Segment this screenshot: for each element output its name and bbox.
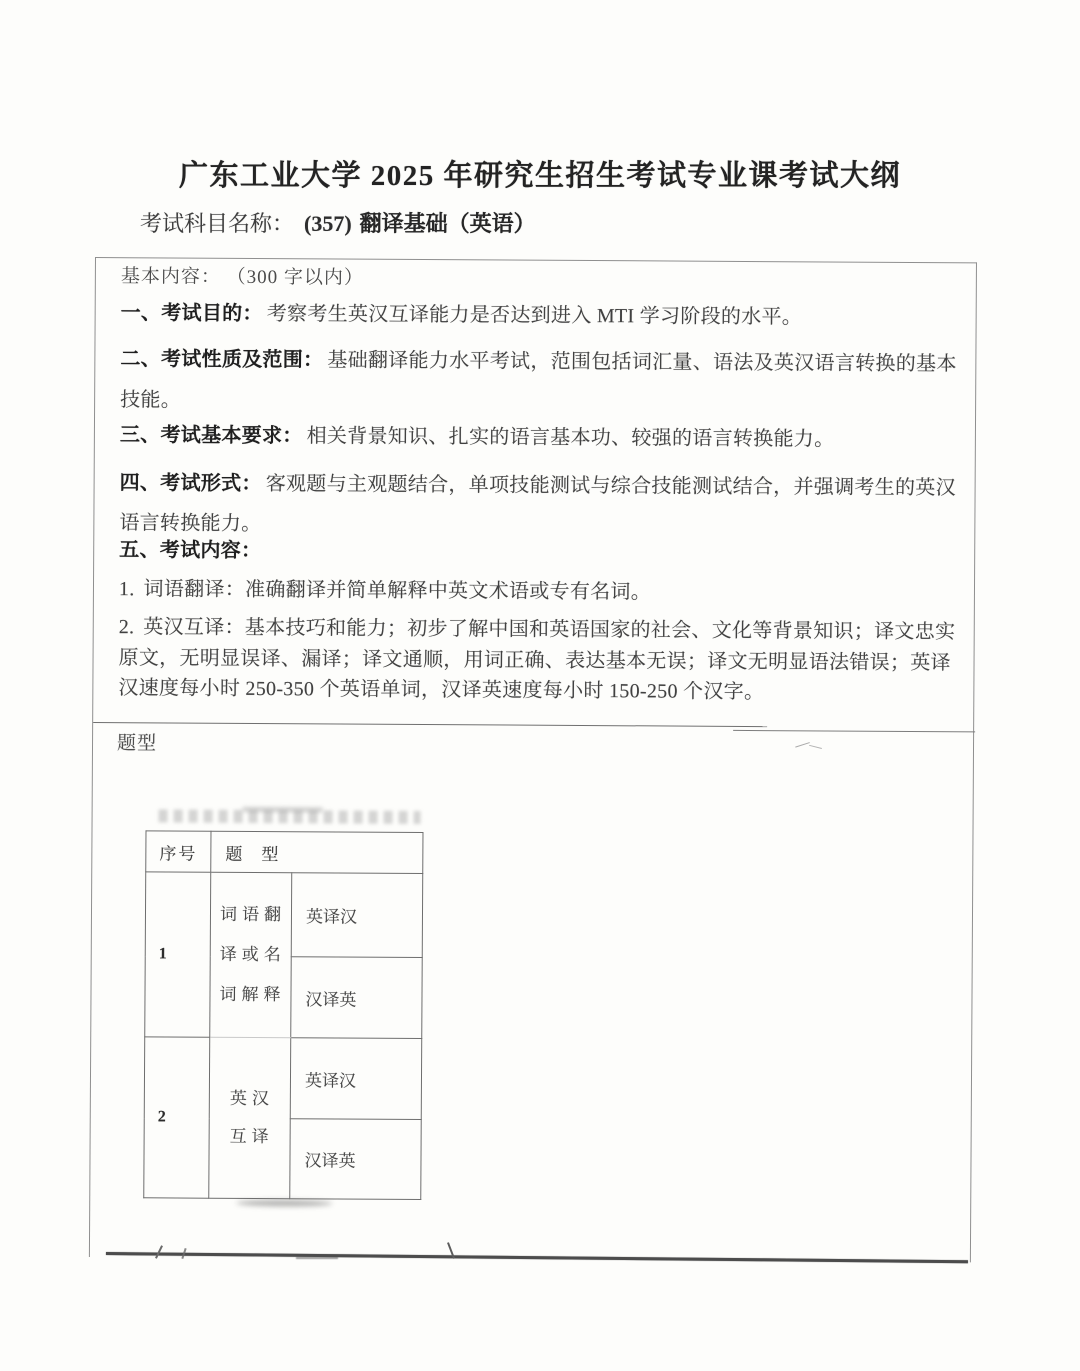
section-exam-nature-scope: 二、考试性质及范围：基础翻译能力水平考试，范围包括词汇量、语法及英汉语言转换的基… [120,339,966,426]
section-text: 考察考生英汉互译能力是否达到进入 MTI 学习阶段的水平。 [267,303,802,328]
item-text: 词语翻译：准确翻译并简单解释中英文术语或专有名词。 [144,578,652,603]
table-cell-subtype: 汉译英 [290,1119,421,1200]
subject-name: 翻译基础（英语） [360,211,536,236]
basic-content-header: 基本内容： （300 字以内） [121,261,364,289]
section-text: 相关背景知识、扎实的语言基本功、较强的语言转换能力。 [307,425,835,450]
section-label: 三、考试基本要求： [120,424,303,447]
item-text: 英汉互译：基本技巧和能力；初步了解中国和英语国家的社会、文化等背景知识；译文忠实… [118,616,955,703]
item-number: 1. [119,578,135,600]
table-cell-seq: 2 [144,1037,210,1198]
table-header-row: 序号 题 型 [146,831,423,874]
question-types-table: 序号 题 型 1 词语翻 译或名 词解释 英译汉 汉译英 2 英汉 互译 英译汉… [143,830,423,1200]
section-label: 四、考试形式： [120,472,262,495]
table-header-type: 题 型 [211,831,423,873]
section-label: 二、考试性质及范围： [120,348,323,371]
section-divider-line [93,722,767,727]
content-item-en-cn-translation: 2.英汉互译：基本技巧和能力；初步了解中国和英语国家的社会、文化等背景知识；译文… [118,612,965,709]
scan-artifact [809,745,822,749]
section-exam-purpose: 一、考试目的：考察考生英汉互译能力是否达到进入 MTI 学习阶段的水平。 [121,298,967,333]
scan-tick-artifact [296,1257,338,1259]
subject-line: 考试科目名称：(357)翻译基础（英语） [140,207,536,238]
table-header-seq: 序号 [146,831,211,872]
scan-ghost-text-artifact [243,807,323,812]
scan-smudge-artifact [236,1200,332,1207]
section-divider-line-segment [733,730,975,732]
subject-label: 考试科目名称： [140,211,294,236]
subject-code: (357) [304,211,352,236]
document-title: 广东工业大学 2025 年研究生招生考试专业课考试大纲 [0,153,1080,194]
table-row: 2 英汉 互译 英译汉 [144,1037,421,1120]
section-exam-content: 五、考试内容： [119,535,965,570]
section-label: 五、考试内容： [119,539,261,562]
table-row: 1 词语翻 译或名 词解释 英译汉 [145,872,423,958]
section-exam-requirements: 三、考试基本要求：相关背景知识、扎实的语言基本功、较强的语言转换能力。 [120,420,966,455]
table-cell-category: 英汉 互译 [209,1037,291,1198]
question-types-label: 题型 [117,728,157,755]
content-item-word-translation: 1.词语翻译：准确翻译并简单解释中英文术语或专有名词。 [119,574,965,609]
item-number: 2. [119,616,135,638]
table-cell-subtype: 汉译英 [291,957,422,1039]
section-label: 一、考试目的： [121,302,263,325]
scan-artifact [795,742,810,748]
table-cell-seq: 1 [145,872,211,1037]
table-cell-subtype: 英译汉 [291,873,423,958]
content-box: 基本内容： （300 字以内） 一、考试目的：考察考生英汉互译能力是否达到进入 … [89,257,977,1262]
table-cell-category: 词语翻 译或名 词解释 [210,872,292,1037]
table-cell-subtype: 英译汉 [290,1038,421,1120]
